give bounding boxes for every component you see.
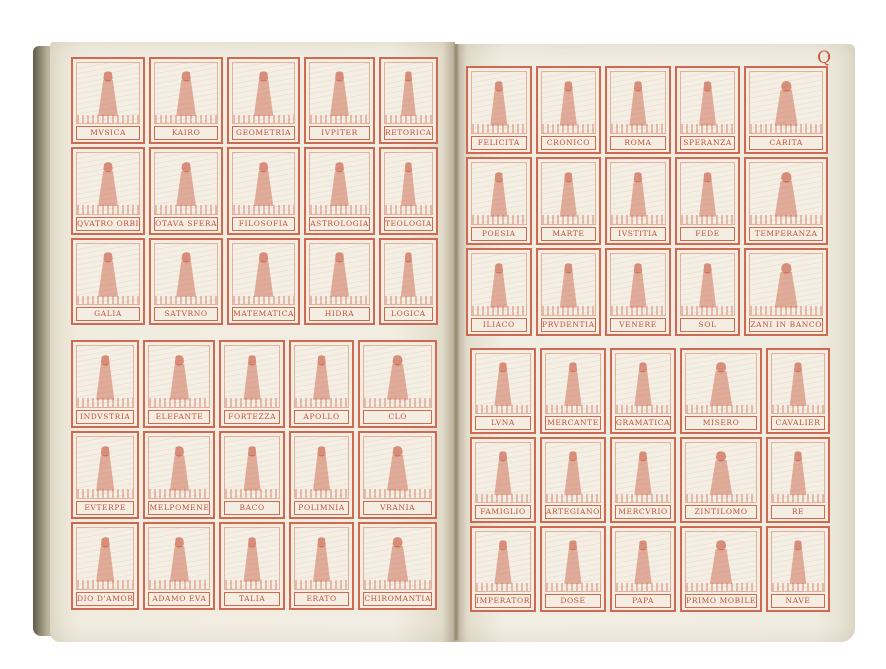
ground-hatching: [611, 215, 665, 224]
allegorical-figure-icon: [311, 355, 332, 400]
card-label: ROMA: [610, 136, 666, 150]
ground-hatching: [295, 580, 348, 589]
card-label: MISERO: [685, 416, 757, 430]
ground-hatching: [225, 398, 278, 407]
card-label: IVPITER: [309, 126, 370, 140]
woodcut-card: ADAMO EVA: [143, 522, 215, 610]
card-label: LVNA: [475, 416, 531, 430]
ground-hatching: [385, 115, 432, 123]
allegorical-figure-icon: [697, 172, 718, 217]
allegorical-figure-icon: [492, 451, 514, 495]
woodcut-card: BACO: [219, 431, 284, 519]
ground-hatching: [77, 205, 139, 213]
card-label: CARITA: [749, 136, 823, 150]
card-label: ERATO: [294, 592, 349, 606]
woodcut-illustration: [154, 152, 218, 214]
ground-hatching: [772, 405, 824, 413]
ground-hatching: [155, 296, 217, 304]
woodcut-illustration: [771, 531, 825, 592]
woodcut-illustration: [148, 527, 210, 590]
woodcut-card: VRANIA: [358, 431, 437, 519]
woodcut-illustration: [148, 436, 210, 499]
woodcut-card: FAMIGLIO: [470, 437, 536, 523]
allegorical-figure-icon: [96, 162, 121, 207]
allegorical-figure-icon: [399, 162, 418, 207]
page-marker: Q: [817, 48, 831, 68]
woodcut-illustration: [610, 162, 666, 225]
woodcut-card: ARTEGIANO: [540, 437, 606, 523]
woodcut-illustration: [224, 436, 279, 499]
ground-hatching: [546, 494, 600, 502]
woodcut-illustration: [685, 353, 757, 414]
card-label: GEOMETRIA: [232, 126, 295, 140]
woodcut-illustration: [680, 253, 736, 316]
ground-hatching: [750, 306, 822, 315]
allegorical-figure-icon: [241, 537, 262, 582]
ground-hatching: [225, 580, 278, 589]
ground-hatching: [364, 398, 431, 407]
card-label: BACO: [224, 501, 279, 515]
card-label: MARTE: [541, 227, 597, 241]
card-label: GRAMATICA: [615, 416, 671, 430]
woodcut-card: PRIMO MOBILE: [680, 526, 762, 612]
allegorical-figure-icon: [697, 81, 718, 126]
card-label: VENERE: [610, 318, 666, 332]
woodcut-card: MATEMATICA: [227, 238, 300, 325]
allegorical-figure-icon: [384, 537, 411, 582]
woodcut-illustration: [545, 442, 601, 503]
allegorical-figure-icon: [707, 451, 735, 495]
ground-hatching: [681, 215, 735, 224]
woodcut-card: FELICITA: [466, 66, 532, 154]
allegorical-figure-icon: [167, 446, 191, 491]
woodcut-illustration: [475, 531, 531, 592]
ground-hatching: [616, 583, 670, 591]
allegorical-figure-icon: [558, 263, 579, 308]
woodcut-card: ERATO: [289, 522, 354, 610]
card-label: RETORICA: [384, 126, 433, 140]
book-gutter: [452, 44, 460, 640]
card-label: INDVSTRIA: [76, 410, 134, 424]
woodcut-illustration: [771, 353, 825, 414]
ground-hatching: [310, 205, 369, 213]
card-label: CLO: [363, 410, 432, 424]
allegorical-figure-icon: [788, 451, 809, 495]
ground-hatching: [681, 306, 735, 315]
woodcut-illustration: [309, 243, 370, 305]
card-label: ELEFANTE: [148, 410, 210, 424]
card-label: HIDRA: [309, 307, 370, 321]
woodcut-illustration: [471, 253, 527, 316]
card-label: ARTEGIANO: [545, 505, 601, 519]
woodcut-card: TALIA: [219, 522, 284, 610]
allegorical-figure-icon: [241, 355, 262, 400]
ground-hatching: [772, 583, 824, 591]
card-label: PAPA: [615, 594, 671, 608]
right-upper-card-block: FELICITACRONICOROMASPERANZACARITAPOESIAM…: [466, 66, 828, 336]
woodcut-illustration: [154, 62, 218, 124]
woodcut-card: RE: [766, 437, 830, 523]
woodcut-card: INDVSTRIA: [71, 340, 139, 428]
open-book: Q MVSICAKAIROGEOMETRIAIVPITERRETORICAQVA…: [0, 0, 886, 669]
allegorical-figure-icon: [558, 81, 579, 126]
woodcut-card: QVATRO ORBI: [71, 147, 145, 234]
ground-hatching: [310, 115, 369, 123]
woodcut-illustration: [363, 436, 432, 499]
woodcut-illustration: [148, 345, 210, 408]
card-label: EVTERPE: [76, 501, 134, 515]
woodcut-card: PRVDENTIA: [536, 248, 602, 336]
ground-hatching: [772, 494, 824, 502]
card-label: LOGICA: [384, 307, 433, 321]
allegorical-figure-icon: [772, 172, 801, 217]
woodcut-card: PAPA: [610, 526, 676, 612]
woodcut-card: POLIMNIA: [289, 431, 354, 519]
card-label: MATEMATICA: [232, 307, 295, 321]
woodcut-card: TEOLOGIA: [379, 147, 438, 234]
allegorical-figure-icon: [174, 252, 199, 297]
woodcut-card: FORTEZZA: [219, 340, 284, 428]
woodcut-card: POESIA: [466, 157, 532, 245]
allegorical-figure-icon: [632, 362, 654, 406]
card-label: CRONICO: [541, 136, 597, 150]
ground-hatching: [77, 115, 139, 123]
card-label: MERCVRIO: [615, 505, 671, 519]
ground-hatching: [750, 124, 822, 133]
left-upper-card-block: MVSICAKAIROGEOMETRIAIVPITERRETORICAQVATR…: [71, 57, 437, 325]
card-label: POLIMNIA: [294, 501, 349, 515]
ground-hatching: [149, 489, 209, 498]
woodcut-illustration: [615, 531, 671, 592]
card-label: IMPERATOR: [475, 594, 531, 608]
ground-hatching: [77, 489, 133, 498]
ground-hatching: [476, 583, 530, 591]
allegorical-figure-icon: [562, 451, 584, 495]
woodcut-illustration: [545, 531, 601, 592]
woodcut-card: EVTERPE: [71, 431, 139, 519]
woodcut-card: KAIRO: [149, 57, 223, 144]
woodcut-illustration: [76, 345, 134, 408]
woodcut-illustration: [541, 253, 597, 316]
woodcut-illustration: [232, 62, 295, 124]
ground-hatching: [77, 398, 133, 407]
card-label: ASTROLOGIA: [309, 217, 370, 231]
card-label: APOLLO: [294, 410, 349, 424]
woodcut-card: GRAMATICA: [610, 348, 676, 434]
card-label: TEOLOGIA: [384, 217, 433, 231]
woodcut-card: FILOSOFIA: [227, 147, 300, 234]
woodcut-illustration: [475, 442, 531, 503]
card-label: QVATRO ORBI: [76, 217, 140, 231]
woodcut-card: OTAVA SFERA: [149, 147, 223, 234]
woodcut-illustration: [76, 152, 140, 214]
left-lower-card-block: INDVSTRIAELEFANTEFORTEZZAAPOLLOCLOEVTERP…: [71, 340, 437, 610]
woodcut-illustration: [232, 152, 295, 214]
card-label: ILIACO: [471, 318, 527, 332]
card-label: CAVALIER: [771, 416, 825, 430]
allegorical-figure-icon: [167, 537, 191, 582]
woodcut-illustration: [294, 345, 349, 408]
allegorical-figure-icon: [558, 172, 579, 217]
woodcut-illustration: [294, 527, 349, 590]
card-label: DIO D'AMOR: [76, 592, 134, 606]
woodcut-illustration: [680, 162, 736, 225]
allegorical-figure-icon: [167, 355, 191, 400]
woodcut-illustration: [224, 527, 279, 590]
woodcut-illustration: [224, 345, 279, 408]
card-label: MERCANTE: [545, 416, 601, 430]
ground-hatching: [616, 405, 670, 413]
card-label: DOSE: [545, 594, 601, 608]
allegorical-figure-icon: [384, 355, 411, 400]
allegorical-figure-icon: [384, 446, 411, 491]
woodcut-card: CARITA: [744, 66, 828, 154]
ground-hatching: [546, 405, 600, 413]
allegorical-figure-icon: [96, 252, 121, 297]
ground-hatching: [472, 124, 526, 133]
allegorical-figure-icon: [488, 263, 509, 308]
woodcut-illustration: [76, 62, 140, 124]
allegorical-figure-icon: [311, 537, 332, 582]
woodcut-card: VENERE: [605, 248, 671, 336]
woodcut-card: ZANI IN BANCO: [744, 248, 828, 336]
allegorical-figure-icon: [399, 71, 418, 116]
allegorical-figure-icon: [311, 446, 332, 491]
woodcut-card: APOLLO: [289, 340, 354, 428]
allegorical-figure-icon: [94, 355, 117, 400]
card-label: TEMPERANZA: [749, 227, 823, 241]
woodcut-illustration: [384, 152, 433, 214]
allegorical-figure-icon: [328, 162, 352, 207]
card-label: POESIA: [471, 227, 527, 241]
woodcut-illustration: [76, 436, 134, 499]
card-label: CHIROMANTIA: [363, 592, 432, 606]
woodcut-illustration: [610, 71, 666, 134]
card-label: FEDE: [680, 227, 736, 241]
woodcut-card: LVNA: [470, 348, 536, 434]
allegorical-figure-icon: [562, 362, 584, 406]
allegorical-figure-icon: [632, 540, 654, 584]
ground-hatching: [149, 398, 209, 407]
woodcut-card: CRONICO: [536, 66, 602, 154]
woodcut-card: TEMPERANZA: [744, 157, 828, 245]
ground-hatching: [233, 296, 294, 304]
ground-hatching: [295, 489, 348, 498]
woodcut-illustration: [294, 436, 349, 499]
ground-hatching: [155, 205, 217, 213]
woodcut-illustration: [545, 353, 601, 414]
woodcut-card: ZINTILOMO: [680, 437, 762, 523]
woodcut-illustration: [541, 162, 597, 225]
allegorical-figure-icon: [96, 71, 121, 116]
woodcut-illustration: [154, 243, 218, 305]
ground-hatching: [149, 580, 209, 589]
ground-hatching: [686, 583, 756, 591]
allegorical-figure-icon: [492, 540, 514, 584]
allegorical-figure-icon: [627, 263, 648, 308]
woodcut-card: ROMA: [605, 66, 671, 154]
woodcut-illustration: [232, 243, 295, 305]
allegorical-figure-icon: [788, 362, 809, 406]
woodcut-card: ILIACO: [466, 248, 532, 336]
card-label: GALIA: [76, 307, 140, 321]
card-label: FILOSOFIA: [232, 217, 295, 231]
ground-hatching: [225, 489, 278, 498]
card-label: MVSICA: [76, 126, 140, 140]
ground-hatching: [385, 205, 432, 213]
ground-hatching: [542, 215, 596, 224]
woodcut-illustration: [471, 162, 527, 225]
allegorical-figure-icon: [788, 540, 809, 584]
allegorical-figure-icon: [328, 71, 352, 116]
woodcut-card: IVPITER: [304, 57, 375, 144]
card-label: VRANIA: [363, 501, 432, 515]
card-label: FAMIGLIO: [475, 505, 531, 519]
woodcut-illustration: [471, 71, 527, 134]
allegorical-figure-icon: [772, 81, 801, 126]
woodcut-card: FEDE: [675, 157, 741, 245]
card-label: PRIMO MOBILE: [685, 594, 757, 608]
card-label: FELICITA: [471, 136, 527, 150]
ground-hatching: [546, 583, 600, 591]
woodcut-card: HIDRA: [304, 238, 375, 325]
card-label: KAIRO: [154, 126, 218, 140]
woodcut-illustration: [771, 442, 825, 503]
allegorical-figure-icon: [492, 362, 514, 406]
woodcut-card: GALIA: [71, 238, 145, 325]
woodcut-card: MERCVRIO: [610, 437, 676, 523]
woodcut-card: IMPERATOR: [470, 526, 536, 612]
card-label: MELPOMENE: [148, 501, 210, 515]
ground-hatching: [385, 296, 432, 304]
card-label: ADAMO EVA: [148, 592, 210, 606]
allegorical-figure-icon: [707, 540, 735, 584]
card-label: ZINTILOMO: [685, 505, 757, 519]
woodcut-card: ELEFANTE: [143, 340, 215, 428]
ground-hatching: [542, 306, 596, 315]
woodcut-illustration: [76, 527, 134, 590]
card-label: OTAVA SFERA: [154, 217, 218, 231]
woodcut-card: SPERANZA: [675, 66, 741, 154]
woodcut-card: MERCANTE: [540, 348, 606, 434]
card-label: RE: [771, 505, 825, 519]
ground-hatching: [364, 580, 431, 589]
woodcut-card: CLO: [358, 340, 437, 428]
ground-hatching: [476, 405, 530, 413]
ground-hatching: [750, 215, 822, 224]
ground-hatching: [77, 580, 133, 589]
woodcut-card: GEOMETRIA: [227, 57, 300, 144]
ground-hatching: [681, 124, 735, 133]
woodcut-illustration: [384, 243, 433, 305]
allegorical-figure-icon: [241, 446, 262, 491]
woodcut-illustration: [76, 243, 140, 305]
woodcut-illustration: [384, 62, 433, 124]
ground-hatching: [611, 306, 665, 315]
woodcut-card: IVSTITIA: [605, 157, 671, 245]
woodcut-card: RETORICA: [379, 57, 438, 144]
card-label: IVSTITIA: [610, 227, 666, 241]
woodcut-card: CHIROMANTIA: [358, 522, 437, 610]
ground-hatching: [472, 306, 526, 315]
allegorical-figure-icon: [399, 252, 418, 297]
card-label: ZANI IN BANCO: [749, 318, 823, 332]
ground-hatching: [364, 489, 431, 498]
card-label: SOL: [680, 318, 736, 332]
woodcut-illustration: [541, 71, 597, 134]
ground-hatching: [686, 405, 756, 413]
woodcut-illustration: [685, 531, 757, 592]
woodcut-card: DIO D'AMOR: [71, 522, 139, 610]
allegorical-figure-icon: [627, 172, 648, 217]
ground-hatching: [295, 398, 348, 407]
woodcut-illustration: [680, 71, 736, 134]
allegorical-figure-icon: [251, 71, 275, 116]
woodcut-illustration: [363, 527, 432, 590]
ground-hatching: [472, 215, 526, 224]
card-label: FORTEZZA: [224, 410, 279, 424]
ground-hatching: [233, 115, 294, 123]
ground-hatching: [155, 115, 217, 123]
ground-hatching: [310, 296, 369, 304]
woodcut-card: SATVRNO: [149, 238, 223, 325]
woodcut-card: DOSE: [540, 526, 606, 612]
woodcut-illustration: [363, 345, 432, 408]
woodcut-card: ASTROLOGIA: [304, 147, 375, 234]
ground-hatching: [611, 124, 665, 133]
ground-hatching: [77, 296, 139, 304]
woodcut-illustration: [309, 62, 370, 124]
ground-hatching: [476, 494, 530, 502]
allegorical-figure-icon: [707, 362, 735, 406]
ground-hatching: [542, 124, 596, 133]
allegorical-figure-icon: [94, 537, 117, 582]
woodcut-illustration: [615, 353, 671, 414]
woodcut-illustration: [749, 253, 823, 316]
woodcut-card: MELPOMENE: [143, 431, 215, 519]
ground-hatching: [616, 494, 670, 502]
woodcut-card: MISERO: [680, 348, 762, 434]
woodcut-card: MVSICA: [71, 57, 145, 144]
woodcut-illustration: [615, 442, 671, 503]
woodcut-illustration: [749, 71, 823, 134]
card-label: SATVRNO: [154, 307, 218, 321]
allegorical-figure-icon: [697, 263, 718, 308]
right-lower-card-block: LVNAMERCANTEGRAMATICAMISEROCAVALIERFAMIG…: [470, 348, 830, 612]
allegorical-figure-icon: [174, 162, 199, 207]
card-label: TALIA: [224, 592, 279, 606]
woodcut-card: LOGICA: [379, 238, 438, 325]
woodcut-illustration: [685, 442, 757, 503]
woodcut-card: SOL: [675, 248, 741, 336]
woodcut-card: CAVALIER: [766, 348, 830, 434]
ground-hatching: [686, 494, 756, 502]
allegorical-figure-icon: [328, 252, 352, 297]
card-label: NAVE: [771, 594, 825, 608]
woodcut-card: NAVE: [766, 526, 830, 612]
card-label: SPERANZA: [680, 136, 736, 150]
woodcut-card: MARTE: [536, 157, 602, 245]
woodcut-illustration: [610, 253, 666, 316]
allegorical-figure-icon: [562, 540, 584, 584]
allegorical-figure-icon: [251, 162, 275, 207]
allegorical-figure-icon: [94, 446, 117, 491]
allegorical-figure-icon: [627, 81, 648, 126]
woodcut-illustration: [475, 353, 531, 414]
allegorical-figure-icon: [488, 81, 509, 126]
allegorical-figure-icon: [251, 252, 275, 297]
card-label: PRVDENTIA: [541, 318, 597, 332]
